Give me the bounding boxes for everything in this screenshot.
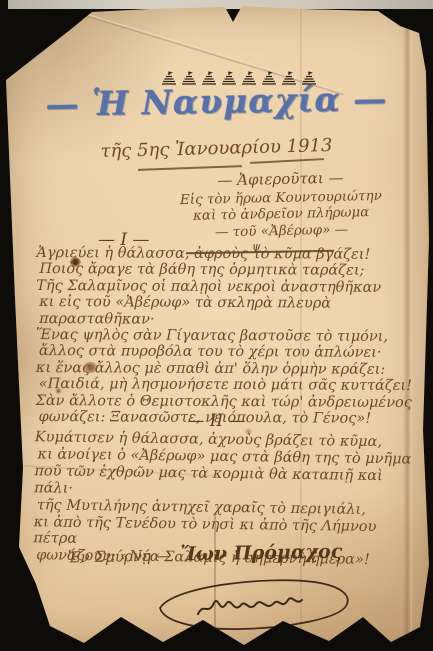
mast-ornament-icon — [181, 71, 197, 86]
mast-ornament-icon — [161, 71, 177, 86]
mast-ornament-icon — [301, 71, 317, 86]
poem-line: κι ἕνας ἄλλος μὲ σπαθὶ ἀπ' ὅλην ὁρμὴν κρ… — [36, 360, 416, 378]
underline-stroke — [138, 165, 242, 171]
dedication-block: — Ἀφιεροῦται — Εἰς τὸν ἥρωα Κουντουριώτη… — [149, 168, 412, 241]
mast-ornament-icon — [201, 71, 217, 86]
poem-line: Ποιὸς ἄραγε τὰ βάθη της ὁρμητικὰ ταράζει… — [39, 261, 416, 279]
poem-line: ἄλλος στὰ πυροβόλα του τὸ χέρι του ἁπλών… — [39, 343, 416, 361]
mast-ornament-icon — [241, 71, 257, 86]
date-line: τῆς 5ης Ἰανουαρίου 1913 — [0, 132, 433, 164]
poem-line: Σὰν ἄλλοτε ὁ Θεμιστοκλῆς καὶ τώρ' ἀνδρει… — [36, 393, 416, 411]
poem-line: «Παιδιά, μὴ λησμονήσετε ποιὸ μάτι σᾶς κυ… — [39, 376, 416, 394]
manuscript-page: — Ἡ Ναυμαχία — τῆς 5ης Ἰανουαρίου 1913 —… — [0, 0, 433, 651]
mast-ornament-icon — [261, 71, 277, 86]
ink-stain — [6, 346, 13, 355]
stanza-1: Ἀγριεύει ἡ θάλασσα, ἀφροὺς τὸ κῦμα βγάζε… — [36, 245, 417, 427]
poem-line: ποῦ τῶν ἐχθρῶν μας τὰ κορμιὰ θὰ καταπιῇ … — [34, 463, 424, 502]
manuscript-photo: — Ἡ Ναυμαχία — τῆς 5ης Ἰανουαρίου 1913 —… — [0, 0, 433, 651]
mast-ornament-icon — [281, 71, 297, 86]
tear-crease — [2, 3, 99, 77]
mast-ornament-row — [161, 71, 317, 86]
ink-stain — [20, 583, 28, 590]
underline-stroke — [250, 158, 324, 164]
poem-line: κι εἰς τοῦ «Ἀβέρωφ» τὰ σκληρὰ πλευρὰ παρ… — [39, 294, 416, 329]
closing-author: Ἴων Πρόμαχος — [180, 541, 342, 566]
closing-place: Ἐν Σμύρνῃ — — [68, 547, 171, 567]
mast-ornament-icon — [221, 71, 237, 86]
section-2-marker: — II — — [0, 411, 433, 431]
signature-autograph-icon — [146, 570, 356, 634]
